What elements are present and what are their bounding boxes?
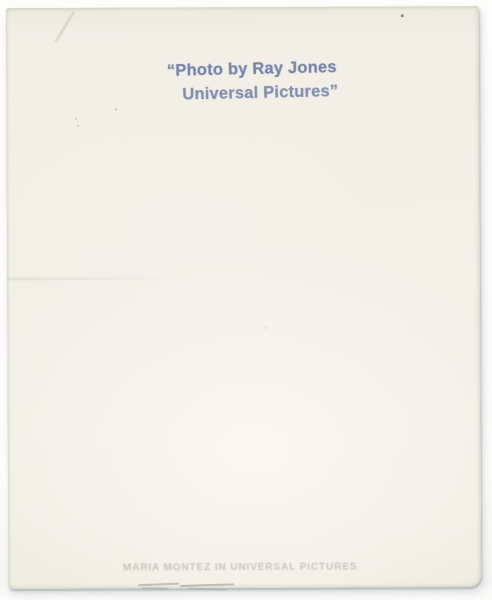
paper-crease <box>7 277 179 280</box>
paper-crease <box>54 11 75 43</box>
paper-speck <box>401 14 404 17</box>
pencil-underline-mark <box>142 587 168 589</box>
paper-speck <box>265 327 267 329</box>
paper-speck <box>77 125 79 127</box>
faint-bottom-caption: MARIA MONTEZ IN UNIVERSAL PICTURES <box>110 561 370 573</box>
stamp-line-1: “Photo by Ray Jones <box>167 58 337 80</box>
pencil-underline-mark <box>180 583 234 587</box>
scanner-background: “Photo by Ray Jones Universal Pictures” … <box>0 0 492 600</box>
pencil-underline-mark <box>138 583 179 587</box>
paper-speck <box>75 118 77 120</box>
stamp-line-2: Universal Pictures” <box>170 79 350 107</box>
photo-back-paper: “Photo by Ray Jones Universal Pictures” … <box>6 6 482 589</box>
pencil-underline-mark <box>188 588 226 591</box>
photographer-credit-stamp: “Photo by Ray Jones Universal Pictures” <box>162 55 343 107</box>
paper-speck <box>115 109 117 111</box>
